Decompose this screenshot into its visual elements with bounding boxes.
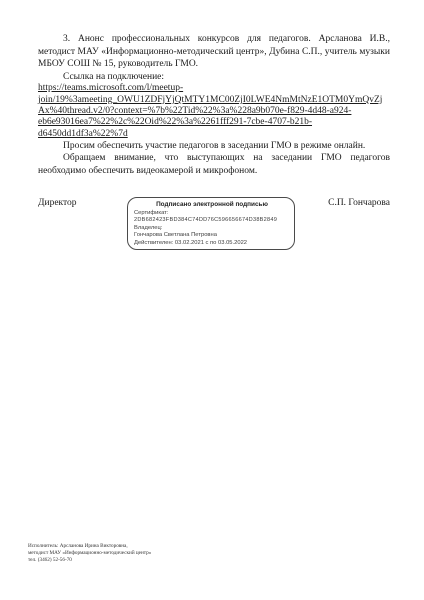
paragraph-notice: Обращаем внимание, что выступающих на за…	[38, 152, 390, 177]
stamp-owner-value: Гончарова Светлана Петровна	[134, 232, 294, 239]
stamp-cert-label: Сертификат:	[134, 210, 294, 217]
stamp-owner-label: Владелец:	[134, 225, 294, 232]
document-page: { "document": { "paragraph1": "3. Анонс …	[0, 0, 424, 600]
executor-footer: Исполнитель: Арсланова Ирина Викторовна,…	[28, 543, 151, 563]
paragraph-announcement: 3. Анонс профессиональных конкурсов для …	[38, 33, 390, 71]
document-body: 3. Анонс профессиональных конкурсов для …	[38, 33, 390, 178]
paragraph-request: Просим обеспечить участие педагогов в за…	[38, 140, 390, 153]
stamp-validity: Действителен: 03.02.2021 с по 03.05.2022	[134, 240, 294, 247]
stamp-title: Подписано электронной подписью	[134, 201, 290, 208]
teams-meeting-link[interactable]: https://teams.microsoft.com/l/meetup-joi…	[38, 83, 390, 139]
signature-title: Директор	[38, 198, 77, 208]
electronic-signature-stamp: Подписано электронной подписью Сертифика…	[127, 197, 295, 250]
signature-name: С.П. Гончарова	[328, 198, 390, 208]
stamp-cert-value: 2DB682423FBD384C74DD76C596656674D38B2849	[134, 217, 294, 224]
link-caption: Ссылка на подключение:	[38, 71, 390, 84]
